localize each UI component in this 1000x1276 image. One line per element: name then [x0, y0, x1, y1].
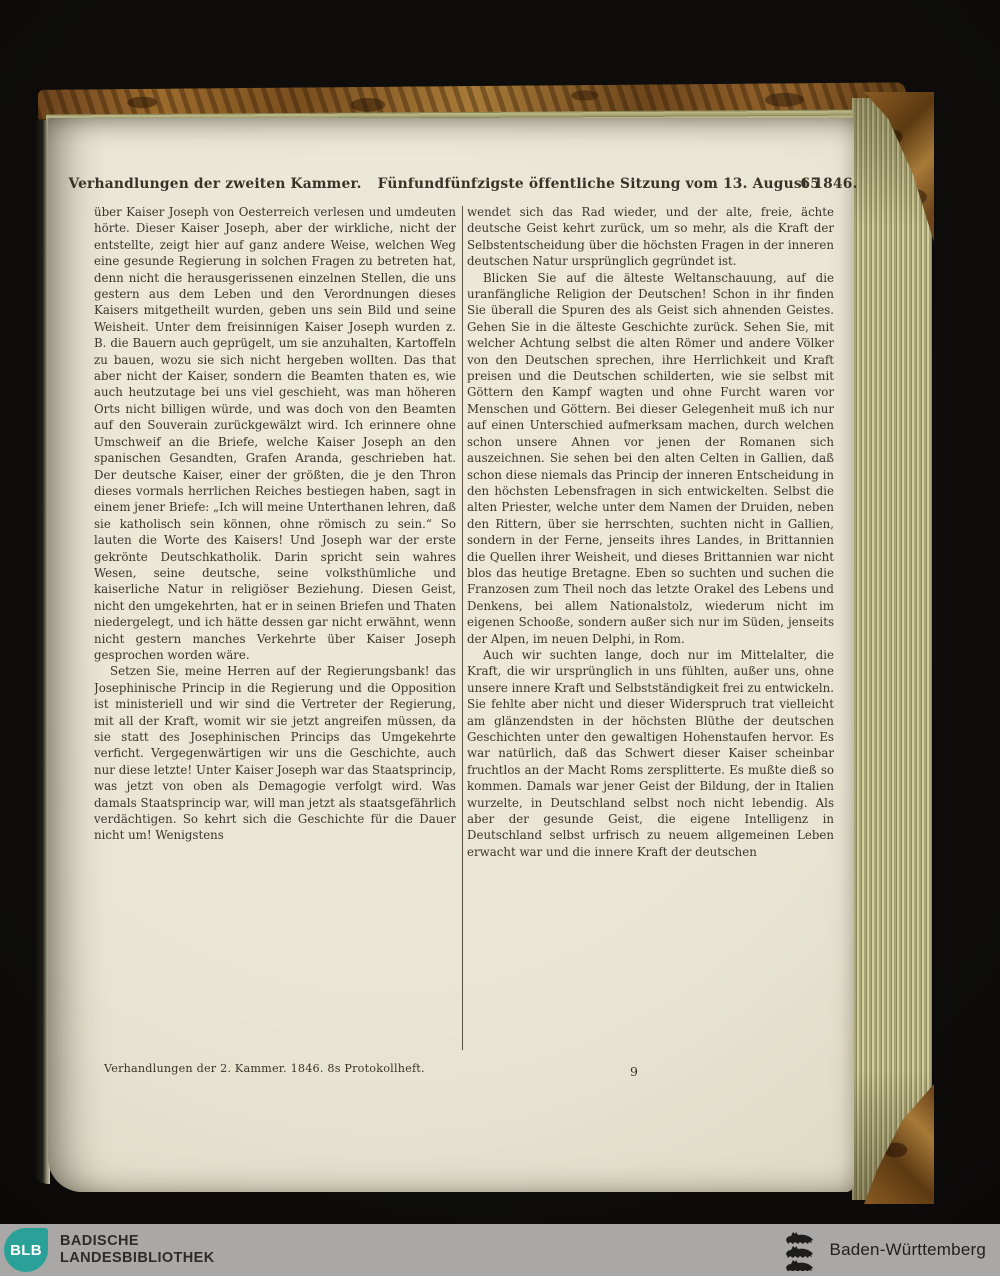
column-divider-rule	[462, 206, 463, 1050]
state-name: Baden-Württemberg	[830, 1240, 986, 1260]
library-name: BADISCHE LANDESBIBLIOTHEK	[60, 1233, 215, 1267]
paragraph: wendet sich das Rad wieder, und der alte…	[467, 204, 834, 270]
baden-wuerttemberg-coat-of-arms-icon	[782, 1229, 820, 1271]
library-name-line1: BADISCHE	[60, 1233, 215, 1250]
header-session-title-right: Fünfundfünfzigste öffentliche Sitzung vo…	[378, 176, 858, 192]
blb-logo: BLB	[4, 1228, 48, 1272]
library-footer-bar: BLB BADISCHE LANDESBIBLIOTHEK Baden-Würt…	[0, 1224, 1000, 1276]
page-header: Verhandlungen der zweiten Kammer. Fünfun…	[94, 176, 832, 192]
paragraph: Setzen Sie, meine Herren auf der Regieru…	[94, 663, 456, 843]
header-session-title-left: Verhandlungen der zweiten Kammer.	[68, 176, 361, 192]
page-number: 65	[800, 176, 820, 192]
paragraph: über Kaiser Joseph von Oesterreich verle…	[94, 204, 456, 663]
cover-corner-bottom-right	[864, 1084, 934, 1204]
cover-corner-top-right	[864, 92, 934, 242]
page-text-area: über Kaiser Joseph von Oesterreich verle…	[94, 204, 834, 1056]
left-column: über Kaiser Joseph von Oesterreich verle…	[94, 204, 456, 1056]
book-fore-edge	[852, 98, 932, 1200]
volume-footer-note: Verhandlungen der 2. Kammer. 1846. 8s Pr…	[104, 1062, 425, 1075]
scanned-page: Verhandlungen der zweiten Kammer. Fünfun…	[48, 118, 854, 1192]
viewer-background: Verhandlungen der zweiten Kammer. Fünfun…	[0, 0, 1000, 1276]
library-name-line2: LANDESBIBLIOTHEK	[60, 1250, 215, 1267]
blb-logo-text: BLB	[10, 1242, 42, 1259]
paragraph: Auch wir suchten lange, doch nur im Mitt…	[467, 647, 834, 860]
signature-mark: 9	[630, 1064, 638, 1079]
paragraph: Blicken Sie auf die älteste Weltanschauu…	[467, 270, 834, 647]
right-column: wendet sich das Rad wieder, und der alte…	[467, 204, 834, 1056]
